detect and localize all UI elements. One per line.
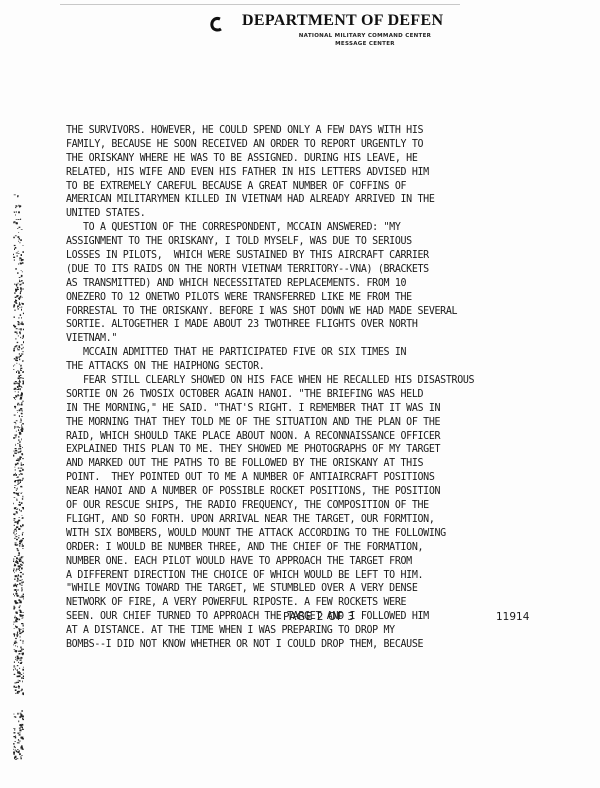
page-number: PAGE 2 OF 3 [283,611,355,623]
header-title: DEPARTMENT OF DEFEN [242,12,443,30]
message-body: THE SURVIVORS. HOWEVER, HE COULD SPEND O… [66,124,546,652]
body-line: RAID, WHICH SHOULD TAKE PLACE ABOUT NOON… [66,430,546,444]
body-line: FEAR STILL CLEARLY SHOWED ON HIS FACE WH… [66,374,546,388]
body-line: SORTIE ON 26 TWOSIX OCTOBER AGAIN HANOI.… [66,388,546,402]
body-line: OF OUR RESCUE SHIPS, THE RADIO FREQUENCY… [66,499,546,513]
body-line: WITH SIX BOMBERS, WOULD MOUNT THE ATTACK… [66,527,546,541]
scan-edge-line [60,4,460,5]
body-line: TO A QUESTION OF THE CORRESPONDENT, MCCA… [66,221,546,235]
body-line: VIETNAM." [66,332,546,346]
body-line: A DIFFERENT DIRECTION THE CHOICE OF WHIC… [66,569,546,583]
body-line: NEAR HANOI AND A NUMBER OF POSSIBLE ROCK… [66,485,546,499]
body-line: AMERICAN MILITARYMEN KILLED IN VIETNAM H… [66,193,546,207]
body-line: RELATED, HIS WIFE AND EVEN HIS FATHER IN… [66,166,546,180]
body-line: NETWORK OF FIRE, A VERY POWERFUL RIPOSTE… [66,596,546,610]
body-line: EXPLAINED THIS PLAN TO ME. THEY SHOWED M… [66,443,546,457]
body-line: THE ATTACKS ON THE HAIPHONG SECTOR. [66,360,546,374]
scan-binding-edge [10,190,24,760]
body-line: "WHILE MOVING TOWARD THE TARGET, WE STUM… [66,582,546,596]
body-line: THE SURVIVORS. HOWEVER, HE COULD SPEND O… [66,124,546,138]
body-line: UNITED STATES. [66,207,546,221]
body-line: FAMILY, BECAUSE HE SOON RECEIVED AN ORDE… [66,138,546,152]
body-line: AT A DISTANCE. AT THE TIME WHEN I WAS PR… [66,624,546,638]
body-line: POINT. THEY POINTED OUT TO ME A NUMBER O… [66,471,546,485]
body-line: TO BE EXTREMELY CAREFUL BECAUSE A GREAT … [66,180,546,194]
body-line: THE ORISKANY WHERE HE WAS TO BE ASSIGNED… [66,152,546,166]
body-line: AS TRANSMITTED) AND WHICH NECESSITATED R… [66,277,546,291]
body-line: ASSIGNMENT TO THE ORISKANY, I TOLD MYSEL… [66,235,546,249]
body-line: ORDER: I WOULD BE NUMBER THREE, AND THE … [66,541,546,555]
body-line: IN THE MORNING," HE SAID. "THAT'S RIGHT.… [66,402,546,416]
body-line: (DUE TO ITS RAIDS ON THE NORTH VIETNAM T… [66,263,546,277]
body-line: LOSSES IN PILOTS, WHICH WERE SUSTAINED B… [66,249,546,263]
body-line: MCCAIN ADMITTED THAT HE PARTICIPATED FIV… [66,346,546,360]
header-subtitle-nmcc: NATIONAL MILITARY COMMAND CENTER [0,33,600,39]
body-line: AND MARKED OUT THE PATHS TO BE FOLLOWED … [66,457,546,471]
body-line: ONEZERO TO 12 ONETWO PILOTS WERE TRANSFE… [66,291,546,305]
body-line: SORTIE. ALTOGETHER I MADE ABOUT 23 TWOTH… [66,318,546,332]
body-line: NUMBER ONE. EACH PILOT WOULD HAVE TO APP… [66,555,546,569]
body-line: FORRESTAL TO THE ORISKANY. BEFORE I WAS … [66,305,546,319]
document-number: 11914 [496,611,529,623]
document-page: DEPARTMENT OF DEFEN NATIONAL MILITARY CO… [0,0,600,788]
department-seal-icon [209,16,225,32]
body-line: THE MORNING THAT THEY TOLD ME OF THE SIT… [66,416,546,430]
body-line: BOMBS--I DID NOT KNOW WHETHER OR NOT I C… [66,638,546,652]
header-subtitle-message-center: MESSAGE CENTER [0,41,600,47]
body-line: FLIGHT, AND SO FORTH. UPON ARRIVAL NEAR … [66,513,546,527]
